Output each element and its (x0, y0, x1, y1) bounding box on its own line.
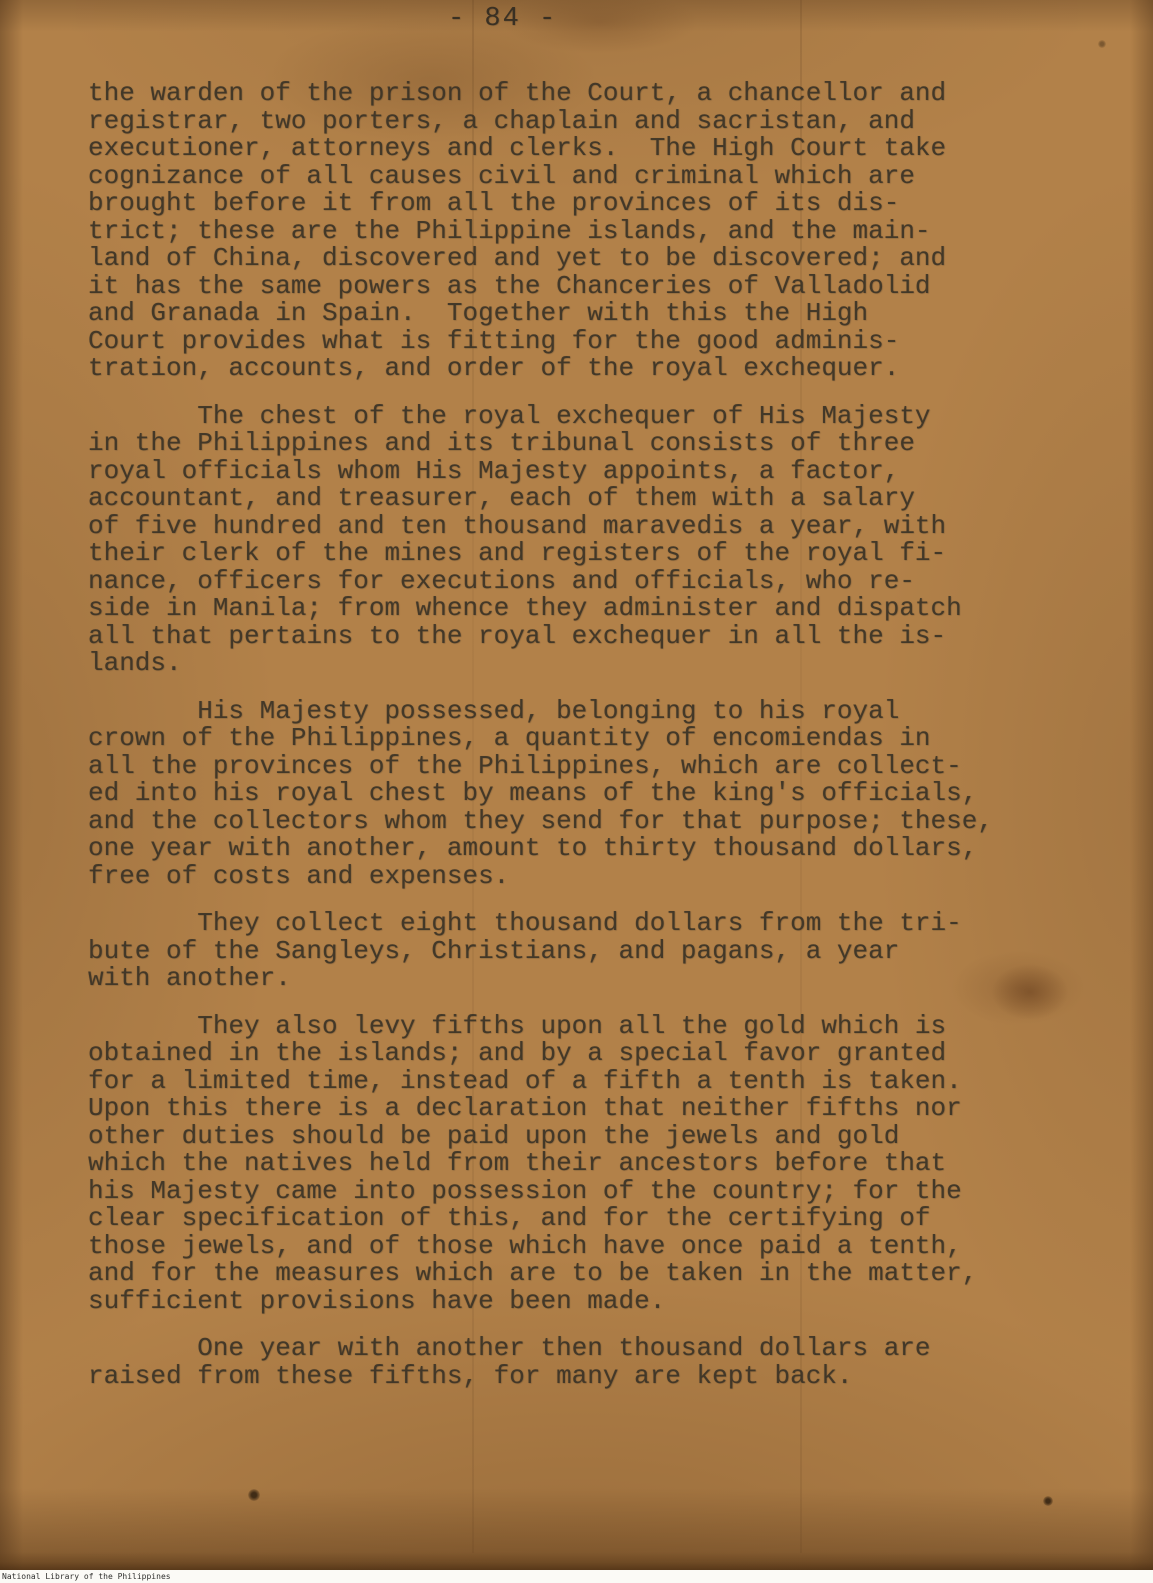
paragraph-2: The chest of the royal exchequer of His … (88, 403, 1068, 678)
scan-bottom-edge (0, 1552, 1153, 1570)
scanned-document-page: - 84 - the warden of the prison of the C… (0, 0, 1153, 1583)
ink-speck (1098, 40, 1106, 48)
paragraph-4: They collect eight thousand dollars from… (88, 910, 1068, 993)
watermark-footer-label: National Library of the Philippines (0, 1572, 171, 1581)
paragraph-5: They also levy fifths upon all the gold … (88, 1013, 1068, 1316)
ink-speck (248, 1489, 260, 1501)
document-body: the warden of the prison of the Court, a… (88, 80, 1068, 1410)
ink-speck (1043, 1496, 1053, 1506)
paragraph-3: His Majesty possessed, belonging to his … (88, 698, 1068, 891)
paragraph-1: the warden of the prison of the Court, a… (88, 80, 1068, 383)
paragraph-6: One year with another then thousand doll… (88, 1335, 1068, 1390)
watermark-footer-bar: National Library of the Philippines (0, 1570, 1153, 1583)
page-number: - 84 - (448, 4, 557, 34)
